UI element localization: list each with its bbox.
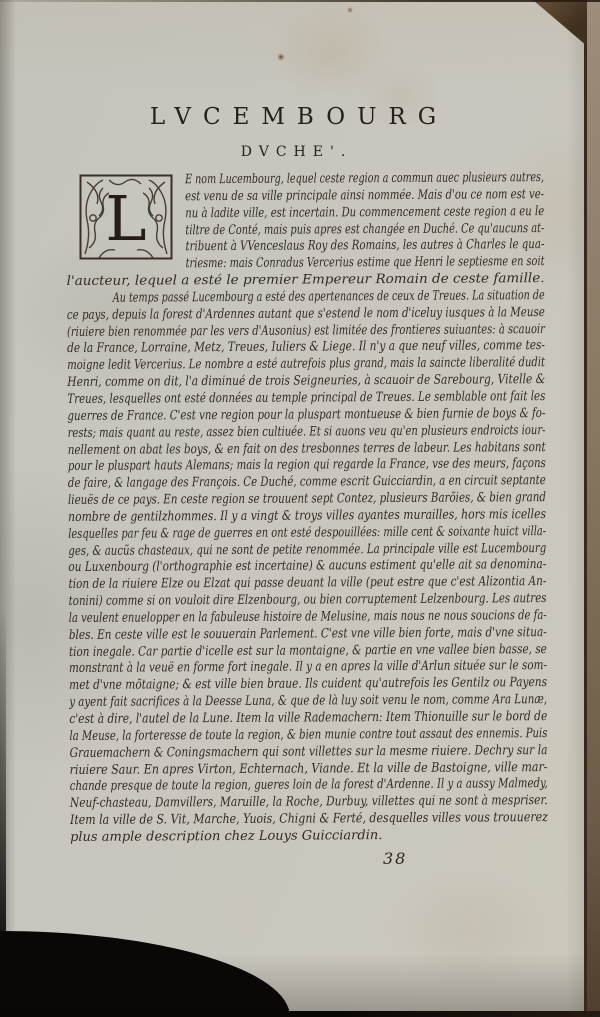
page-title: LVCEMBOURG <box>0 104 586 130</box>
book-top-edge <box>0 0 600 2</box>
text-line: plus ample description chez Louys Guicci… <box>70 827 548 847</box>
page-corner-edge <box>533 0 587 46</box>
body-text: E nom Lucembourg, lequel ceste region a … <box>66 170 548 847</box>
book-fore-edge <box>584 0 600 1017</box>
book-page: LVCEMBOURG DVCHE'. L E nom Lucembourg, l… <box>0 0 600 1017</box>
book-bottom-edge <box>0 1011 600 1017</box>
page-subtitle: DVCHE'. <box>0 144 586 160</box>
bottom-corner-shadow <box>0 931 290 1017</box>
text-line: Item la ville de S. Vit, Marche, Yuois, … <box>70 810 548 830</box>
gutter-shadow <box>0 607 6 937</box>
book-photo: { "book": { "title": "LVCEMBOURG", "subt… <box>0 0 600 1017</box>
page-number: 38 <box>383 849 407 868</box>
